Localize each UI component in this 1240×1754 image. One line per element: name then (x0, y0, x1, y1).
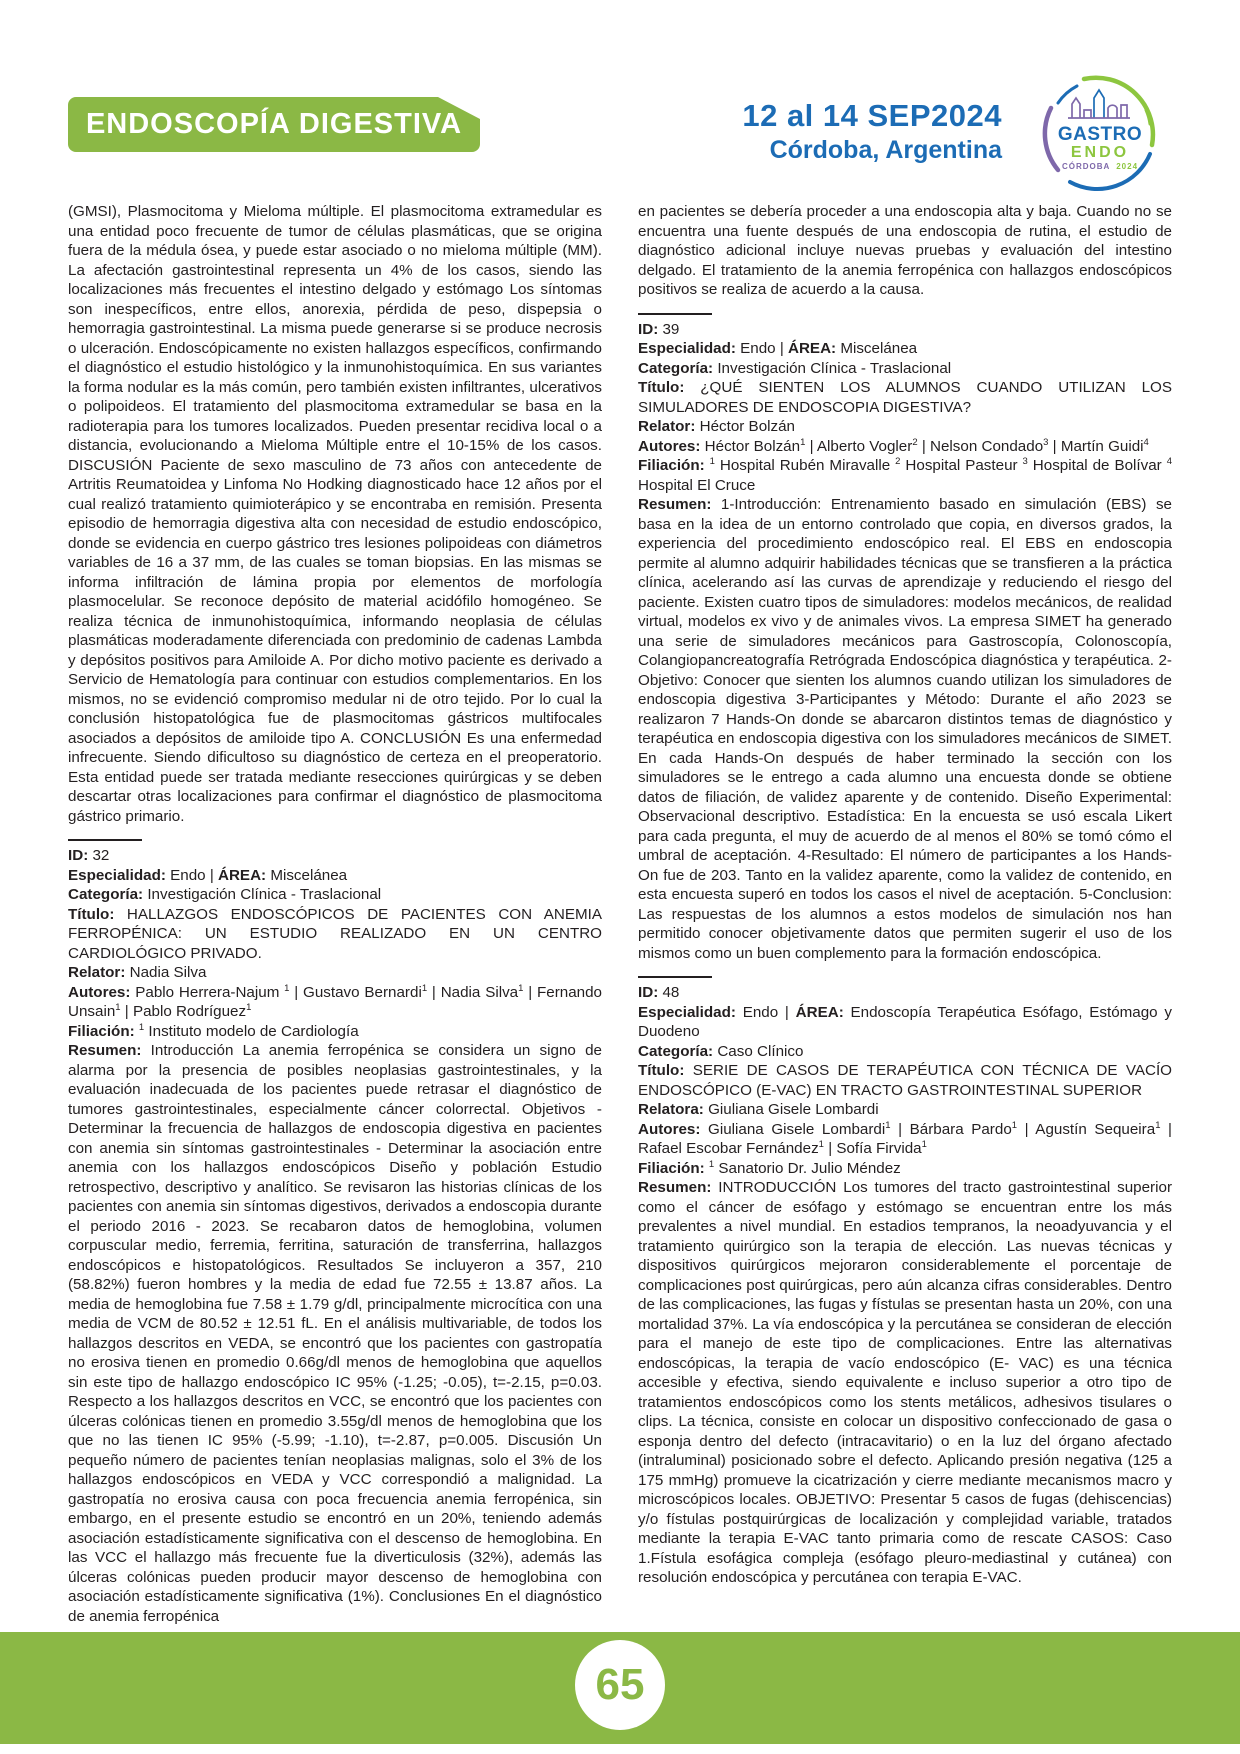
abstract-category: Categoría: Investigación Clínica - Trasl… (68, 885, 602, 905)
abstract-specialty: Especialidad: Endo | ÁREA: Miscelánea (638, 339, 1172, 359)
continuation-paragraph: en pacientes se debería proceder a una e… (638, 202, 1172, 300)
abstract-title: Título: HALLAZGOS ENDOSCÓPICOS DE PACIEN… (68, 905, 602, 964)
abstract-authors: Autores: Giuliana Gisele Lombardi1 | Bár… (638, 1120, 1172, 1159)
logo-text-endo: ENDO (1071, 144, 1129, 161)
abstract-relator: Relatora: Giuliana Gisele Lombardi (638, 1100, 1172, 1120)
abstracts-content: (GMSI), Plasmocitoma y Mieloma múltiple.… (68, 202, 1172, 1630)
logo-text-year: 2024 (1116, 162, 1138, 171)
logo-skyline-icon (1068, 90, 1130, 118)
continuation-paragraph: (GMSI), Plasmocitoma y Mieloma múltiple.… (68, 202, 602, 826)
event-info: 12 al 14 SEP2024 Córdoba, Argentina (742, 98, 1002, 164)
logo-text-cordoba: CÓRDOBA (1062, 162, 1110, 171)
page-number: 65 (596, 1660, 645, 1710)
abstract-affiliation: Filiación: 1 Instituto modelo de Cardiol… (68, 1022, 602, 1042)
abstract-relator: Relator: Héctor Bolzán (638, 417, 1172, 437)
abstract-id: ID: 32 (68, 846, 602, 866)
svg-text:CÓRDOBA 2024: CÓRDOBA 2024 (1062, 162, 1138, 171)
abstract-authors: Autores: Pablo Herrera-Najum 1 | Gustavo… (68, 983, 602, 1022)
page-number-badge: 65 (575, 1640, 665, 1730)
abstract-category: Categoría: Caso Clínico (638, 1042, 1172, 1062)
abstract-category: Categoría: Investigación Clínica - Trasl… (638, 359, 1172, 379)
abstract-specialty: Especialidad: Endo | ÁREA: Miscelánea (68, 866, 602, 886)
abstract-affiliation: Filiación: 1 Sanatorio Dr. Julio Méndez (638, 1159, 1172, 1179)
abstract-authors: Autores: Héctor Bolzán1 | Alberto Vogler… (638, 437, 1172, 457)
abstract-title: Título: SERIE DE CASOS DE TERAPÉUTICA CO… (638, 1061, 1172, 1100)
column-right: en pacientes se debería proceder a una e… (638, 202, 1172, 1630)
logo-text-gastro: GASTRO (1058, 124, 1142, 145)
abstract-title: Título: ¿QUÉ SIENTEN LOS ALUMNOS CUANDO … (638, 378, 1172, 417)
abstract-relator: Relator: Nadia Silva (68, 963, 602, 983)
section-divider (68, 839, 142, 841)
abstract-id: ID: 48 (638, 983, 1172, 1003)
event-location: Córdoba, Argentina (742, 136, 1002, 165)
abstract-specialty: Especialidad: Endo | ÁREA: Endoscopía Te… (638, 1003, 1172, 1042)
conference-logo-icon: GASTRO ENDO CÓRDOBA 2024 (1038, 72, 1162, 196)
abstract-resumen: Resumen: 1-Introducción: Entrenamiento b… (638, 495, 1172, 963)
page: ENDOSCOPÍA DIGESTIVA 12 al 14 SEP2024 Có… (0, 0, 1240, 1754)
section-divider (638, 313, 712, 315)
section-title: ENDOSCOPÍA DIGESTIVA (86, 108, 462, 141)
abstract-resumen: Resumen: Introducción La anemia ferropén… (68, 1041, 602, 1626)
event-date: 12 al 14 SEP2024 (742, 98, 1002, 134)
abstract-resumen: Resumen: INTRODUCCIÓN Los tumores del tr… (638, 1178, 1172, 1588)
column-left: (GMSI), Plasmocitoma y Mieloma múltiple.… (68, 202, 602, 1630)
section-banner: ENDOSCOPÍA DIGESTIVA (68, 97, 480, 152)
abstract-affiliation: Filiación: 1 Hospital Rubén Miravalle 2 … (638, 456, 1172, 495)
section-divider (638, 976, 712, 978)
abstract-id: ID: 39 (638, 320, 1172, 340)
